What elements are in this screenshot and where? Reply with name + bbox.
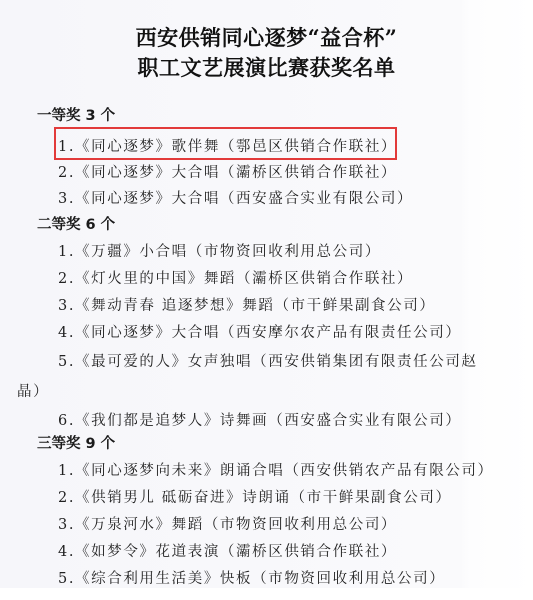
list-item: 2.《灯火里的中国》舞蹈（灞桥区供销合作联社） <box>58 267 413 288</box>
list-item: 4.《如梦令》花道表演（灞桥区供销合作联社） <box>58 540 397 561</box>
list-item: 3.《同心逐梦》大合唱（西安盛合实业有限公司） <box>58 187 413 208</box>
list-item: 6.《我们都是追梦人》诗舞画（西安盛合实业有限公司） <box>58 409 461 430</box>
section-heading-first-prize: 一等奖 3 个 <box>37 104 115 125</box>
list-item: 1.《万疆》小合唱（市物资回收利用总公司） <box>58 240 381 261</box>
list-item-continuation: 晶） <box>17 380 49 401</box>
document-page: 西安供销同心逐梦“益合杯” 职工文艺展演比赛获奖名单 一等奖 3 个 1.《同心… <box>0 0 533 588</box>
list-item: 1.《同心逐梦向未来》朗诵合唱（西安供销农产品有限公司） <box>58 459 494 480</box>
section-heading-second-prize: 二等奖 6 个 <box>37 213 115 234</box>
page-bottom-margin <box>0 588 533 600</box>
document-title-line1: 西安供销同心逐梦“益合杯” <box>0 22 533 52</box>
list-item: 2.《同心逐梦》大合唱（灞桥区供销合作联社） <box>58 161 397 182</box>
document-title-line2: 职工文艺展演比赛获奖名单 <box>0 52 533 82</box>
list-item: 4.《同心逐梦》大合唱（西安摩尔农产品有限责任公司） <box>58 321 461 342</box>
section-heading-third-prize: 三等奖 9 个 <box>37 432 115 453</box>
list-item: 3.《万泉河水》舞蹈（市物资回收利用总公司） <box>58 513 397 534</box>
list-item: 2.《供销男儿 砥砺奋进》诗朗诵（市干鲜果副食公司） <box>58 486 452 507</box>
list-item: 5.《最可爱的人》女声独唱（西安供销集团有限责任公司赵 <box>58 350 478 371</box>
list-item: 5.《综合利用生活美》快板（市物资回收利用总公司） <box>58 567 445 588</box>
list-item: 1.《同心逐梦》歌伴舞（鄠邑区供销合作联社） <box>58 135 397 156</box>
list-item: 3.《舞动青春 追逐梦想》舞蹈（市干鲜果副食公司） <box>58 294 435 315</box>
